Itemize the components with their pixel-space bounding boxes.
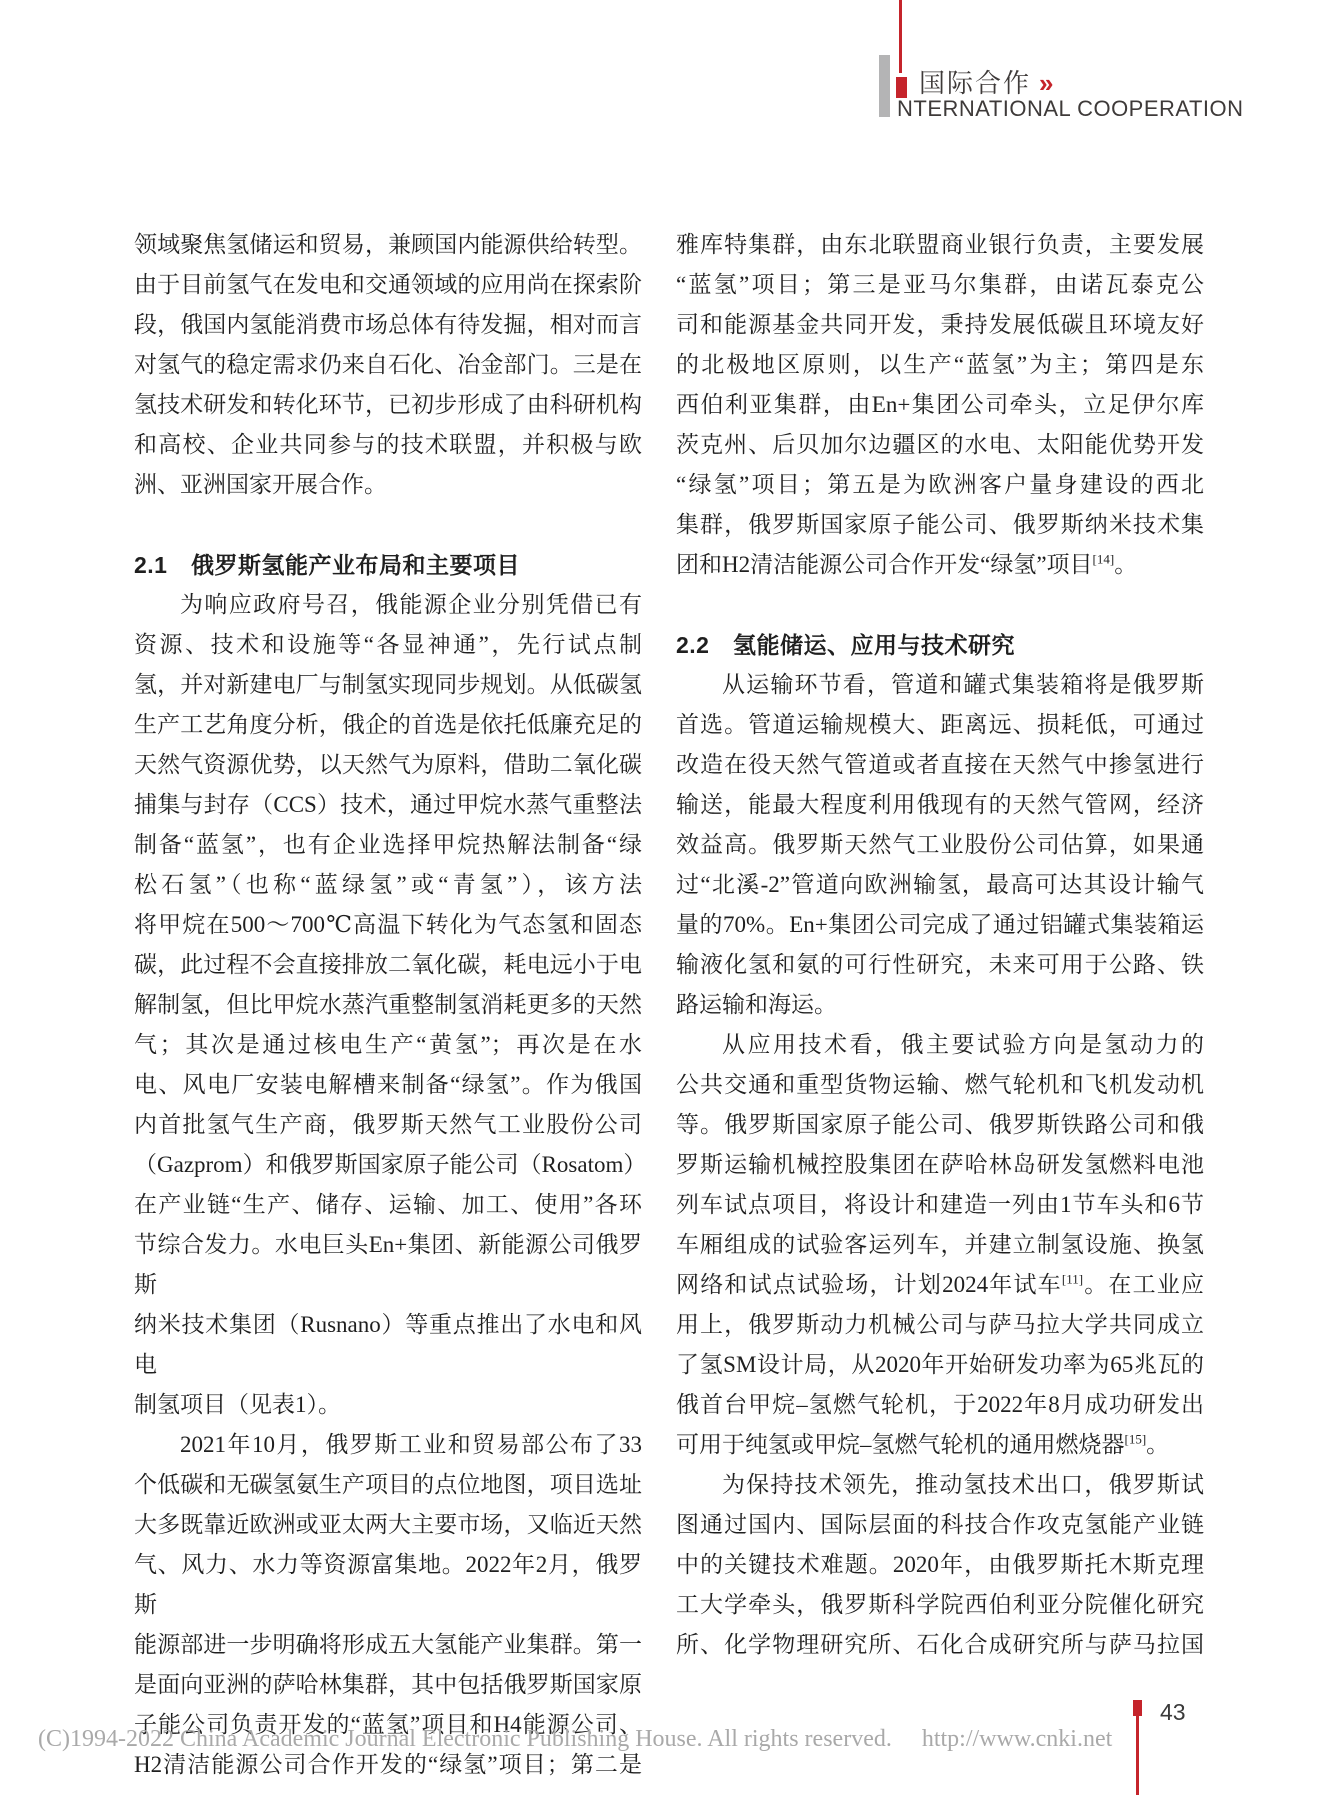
left-column: 领域聚焦氢储运和贸易，兼顾国内能源供给转型。由于目前氢气在发电和交通领域的应用尚…	[134, 225, 642, 1785]
text-line: 雅库特集群，由东北联盟商业银行负责，主要发展	[676, 225, 1204, 265]
header-gray-bar-icon	[879, 55, 890, 117]
text-line: 首选。管道运输规模大、距离远、损耗低，可通过	[676, 705, 1204, 745]
text-line: 个低碳和无碳氢氨生产项目的点位地图，项目选址	[134, 1465, 642, 1505]
text-line: （Gazprom）和俄罗斯国家原子能公司（Rosatom）	[134, 1145, 642, 1185]
text-line: 司和能源基金共同开发，秉持发展低碳且环境友好	[676, 305, 1204, 345]
text-line: 工大学牵头，俄罗斯科学院西伯利亚分院催化研究	[676, 1585, 1204, 1625]
text-line: 大多既靠近欧洲或亚太两大主要市场，又临近天然	[134, 1505, 642, 1545]
citation-reference: [15]	[1125, 1431, 1147, 1446]
chevron-right-icon: »	[1039, 68, 1053, 98]
text-line: 图通过国内、国际层面的科技合作攻克氢能产业链	[676, 1505, 1204, 1545]
text-line: 车厢组成的试验客运列车，并建立制氢设施、换氢	[676, 1225, 1204, 1265]
text-line: 俄首台甲烷–氢燃气轮机，于2022年8月成功研发出	[676, 1385, 1204, 1425]
text-line: 氢，并对新建电厂与制氢实现同步规划。从低碳氢	[134, 665, 642, 705]
text-line: 能源部进一步明确将形成五大氢能产业集群。第一	[134, 1625, 642, 1665]
footer-red-line-icon	[1136, 1700, 1139, 1795]
text-line: 内首批氢气生产商，俄罗斯天然气工业股份公司	[134, 1105, 642, 1145]
text-line: 气、风力、水力等资源富集地。2022年2月，俄罗斯	[134, 1545, 642, 1625]
text-line: 由于目前氢气在发电和交通领域的应用尚在探索阶	[134, 265, 642, 305]
citation-reference: [11]	[1062, 1271, 1083, 1286]
text-line: 纳米技术集团（Rusnano）等重点推出了水电和风电	[134, 1305, 642, 1385]
text-line: 领域聚焦氢储运和贸易，兼顾国内能源供给转型。	[134, 225, 642, 265]
text-line: 从应用技术看，俄主要试验方向是氢动力的	[676, 1025, 1204, 1065]
text-line: 天然气资源优势，以天然气为原料，借助二氧化碳	[134, 745, 642, 785]
text-line: 制备“蓝氢”，也有企业选择甲烷热解法制备“绿	[134, 825, 642, 865]
text-line: 列车试点项目，将设计和建造一列由1节车头和6节	[676, 1185, 1204, 1225]
text-line: “蓝氢”项目；第三是亚马尔集群，由诺瓦泰克公	[676, 265, 1204, 305]
text-line: 是面向亚洲的萨哈林集群，其中包括俄罗斯国家原	[134, 1665, 642, 1705]
text-line: 将甲烷在500～700℃高温下转化为气态氢和固态	[134, 905, 642, 945]
text-line: 改造在役天然气管道或者直接在天然气中掺氢进行	[676, 745, 1204, 785]
text-line: 松石氢”（也称“蓝绿氢”或“青氢”），该方法	[134, 865, 642, 905]
text-line: 了氢SM设计局，从2020年开始研发功率为65兆瓦的	[676, 1345, 1204, 1385]
text-line: 解制氢，但比甲烷水蒸汽重整制氢消耗更多的天然	[134, 985, 642, 1025]
text-line: 2021年10月，俄罗斯工业和贸易部公布了33	[134, 1425, 642, 1465]
text-line: 西伯利亚集群，由En+集团公司牵头，立足伊尔库	[676, 385, 1204, 425]
copyright-text: (C)1994-2022 China Academic Journal Elec…	[38, 1726, 892, 1752]
text-line: 输液化氢和氨的可行性研究，未来可用于公路、铁	[676, 945, 1204, 985]
citation-reference: [14]	[1093, 551, 1115, 566]
right-column: 雅库特集群，由东北联盟商业银行负责，主要发展“蓝氢”项目；第三是亚马尔集群，由诺…	[676, 225, 1204, 1665]
text-line: 制氢项目（见表1）。	[134, 1385, 642, 1425]
page-number: 43	[1160, 1699, 1186, 1726]
section-title-cn-text: 国际合作	[919, 68, 1031, 98]
text-line: 公共交通和重型货物运输、燃气轮机和飞机发动机	[676, 1065, 1204, 1105]
text-line: 可用于纯氢或甲烷–氢燃气轮机的通用燃烧器[15]。	[676, 1425, 1204, 1465]
text-line: 资源、技术和设施等“各显神通”，先行试点制	[134, 625, 642, 665]
text-line: 集群，俄罗斯国家原子能公司、俄罗斯纳米技术集	[676, 505, 1204, 545]
text-line: 路运输和海运。	[676, 985, 1204, 1025]
footer-url: http://www.cnki.net	[922, 1726, 1112, 1752]
text-line: 对氢气的稳定需求仍来自石化、冶金部门。三是在	[134, 345, 642, 385]
text-line: 用上，俄罗斯动力机械公司与萨马拉大学共同成立	[676, 1305, 1204, 1345]
text-line: 气；其次是通过核电生产“黄氢”；再次是在水	[134, 1025, 642, 1065]
text-line: 团和H2清洁能源公司合作开发“绿氢”项目[14]。	[676, 545, 1204, 585]
text-line: 电、风电厂安装电解槽来制备“绿氢”。作为俄国	[134, 1065, 642, 1105]
text-line: 和高校、企业共同参与的技术联盟，并积极与欧	[134, 425, 642, 465]
header-red-square-icon	[896, 77, 907, 98]
text-line: 茨克州、后贝加尔边疆区的水电、太阳能优势开发	[676, 425, 1204, 465]
text-line: 量的70%。En+集团公司完成了通过铝罐式集装箱运	[676, 905, 1204, 945]
text-line: 所、化学物理研究所、石化合成研究所与萨马拉国	[676, 1625, 1204, 1665]
text-line: 生产工艺角度分析，俄企的首选是依托低廉充足的	[134, 705, 642, 745]
text-line: 为保持技术领先，推动氢技术出口，俄罗斯试	[676, 1465, 1204, 1505]
text-line: 输送，能最大程度利用俄现有的天然气管网，经济	[676, 785, 1204, 825]
section-title-english: NTERNATIONAL COOPERATION	[897, 96, 1244, 122]
header-red-line-icon	[899, 0, 902, 73]
text-line: 网络和试点试验场，计划2024年试车[11]。在工业应	[676, 1265, 1204, 1305]
text-line: 过“北溪-2”管道向欧洲输氢，最高可达其设计输气	[676, 865, 1204, 905]
text-line: “绿氢”项目；第五是为欧洲客户量身建设的西北	[676, 465, 1204, 505]
text-line: 洲、亚洲国家开展合作。	[134, 465, 642, 505]
text-line: 中的关键技术难题。2020年，由俄罗斯托木斯克理	[676, 1545, 1204, 1585]
section-title-chinese: 国际合作»	[919, 68, 1053, 98]
text-line: 捕集与封存（CCS）技术，通过甲烷水蒸气重整法	[134, 785, 642, 825]
text-line: 效益高。俄罗斯天然气工业股份公司估算，如果通	[676, 825, 1204, 865]
copyright-footer: (C)1994-2022 China Academic Journal Elec…	[38, 1726, 1112, 1753]
section-heading: 2.2 氢能储运、应用与技术研究	[676, 625, 1204, 665]
text-line: 的北极地区原则，以生产“蓝氢”为主；第四是东	[676, 345, 1204, 385]
text-line: 等。俄罗斯国家原子能公司、俄罗斯铁路公司和俄	[676, 1105, 1204, 1145]
journal-page: 国际合作» NTERNATIONAL COOPERATION 领域聚焦氢储运和贸…	[0, 0, 1317, 1795]
text-line: 碳，此过程不会直接排放二氧化碳，耗电远小于电	[134, 945, 642, 985]
text-line: 氢技术研发和转化环节，已初步形成了由科研机构	[134, 385, 642, 425]
section-heading: 2.1 俄罗斯氢能产业布局和主要项目	[134, 545, 642, 585]
text-line: 为响应政府号召，俄能源企业分别凭借已有	[134, 585, 642, 625]
text-line: 罗斯运输机械控股集团在萨哈林岛研发氢燃料电池	[676, 1145, 1204, 1185]
text-line: 段，俄国内氢能消费市场总体有待发掘，相对而言	[134, 305, 642, 345]
text-line: 从运输环节看，管道和罐式集装箱将是俄罗斯	[676, 665, 1204, 705]
text-line: 在产业链“生产、储存、运输、加工、使用”各环	[134, 1185, 642, 1225]
text-line: 节综合发力。水电巨头En+集团、新能源公司俄罗斯	[134, 1225, 642, 1305]
